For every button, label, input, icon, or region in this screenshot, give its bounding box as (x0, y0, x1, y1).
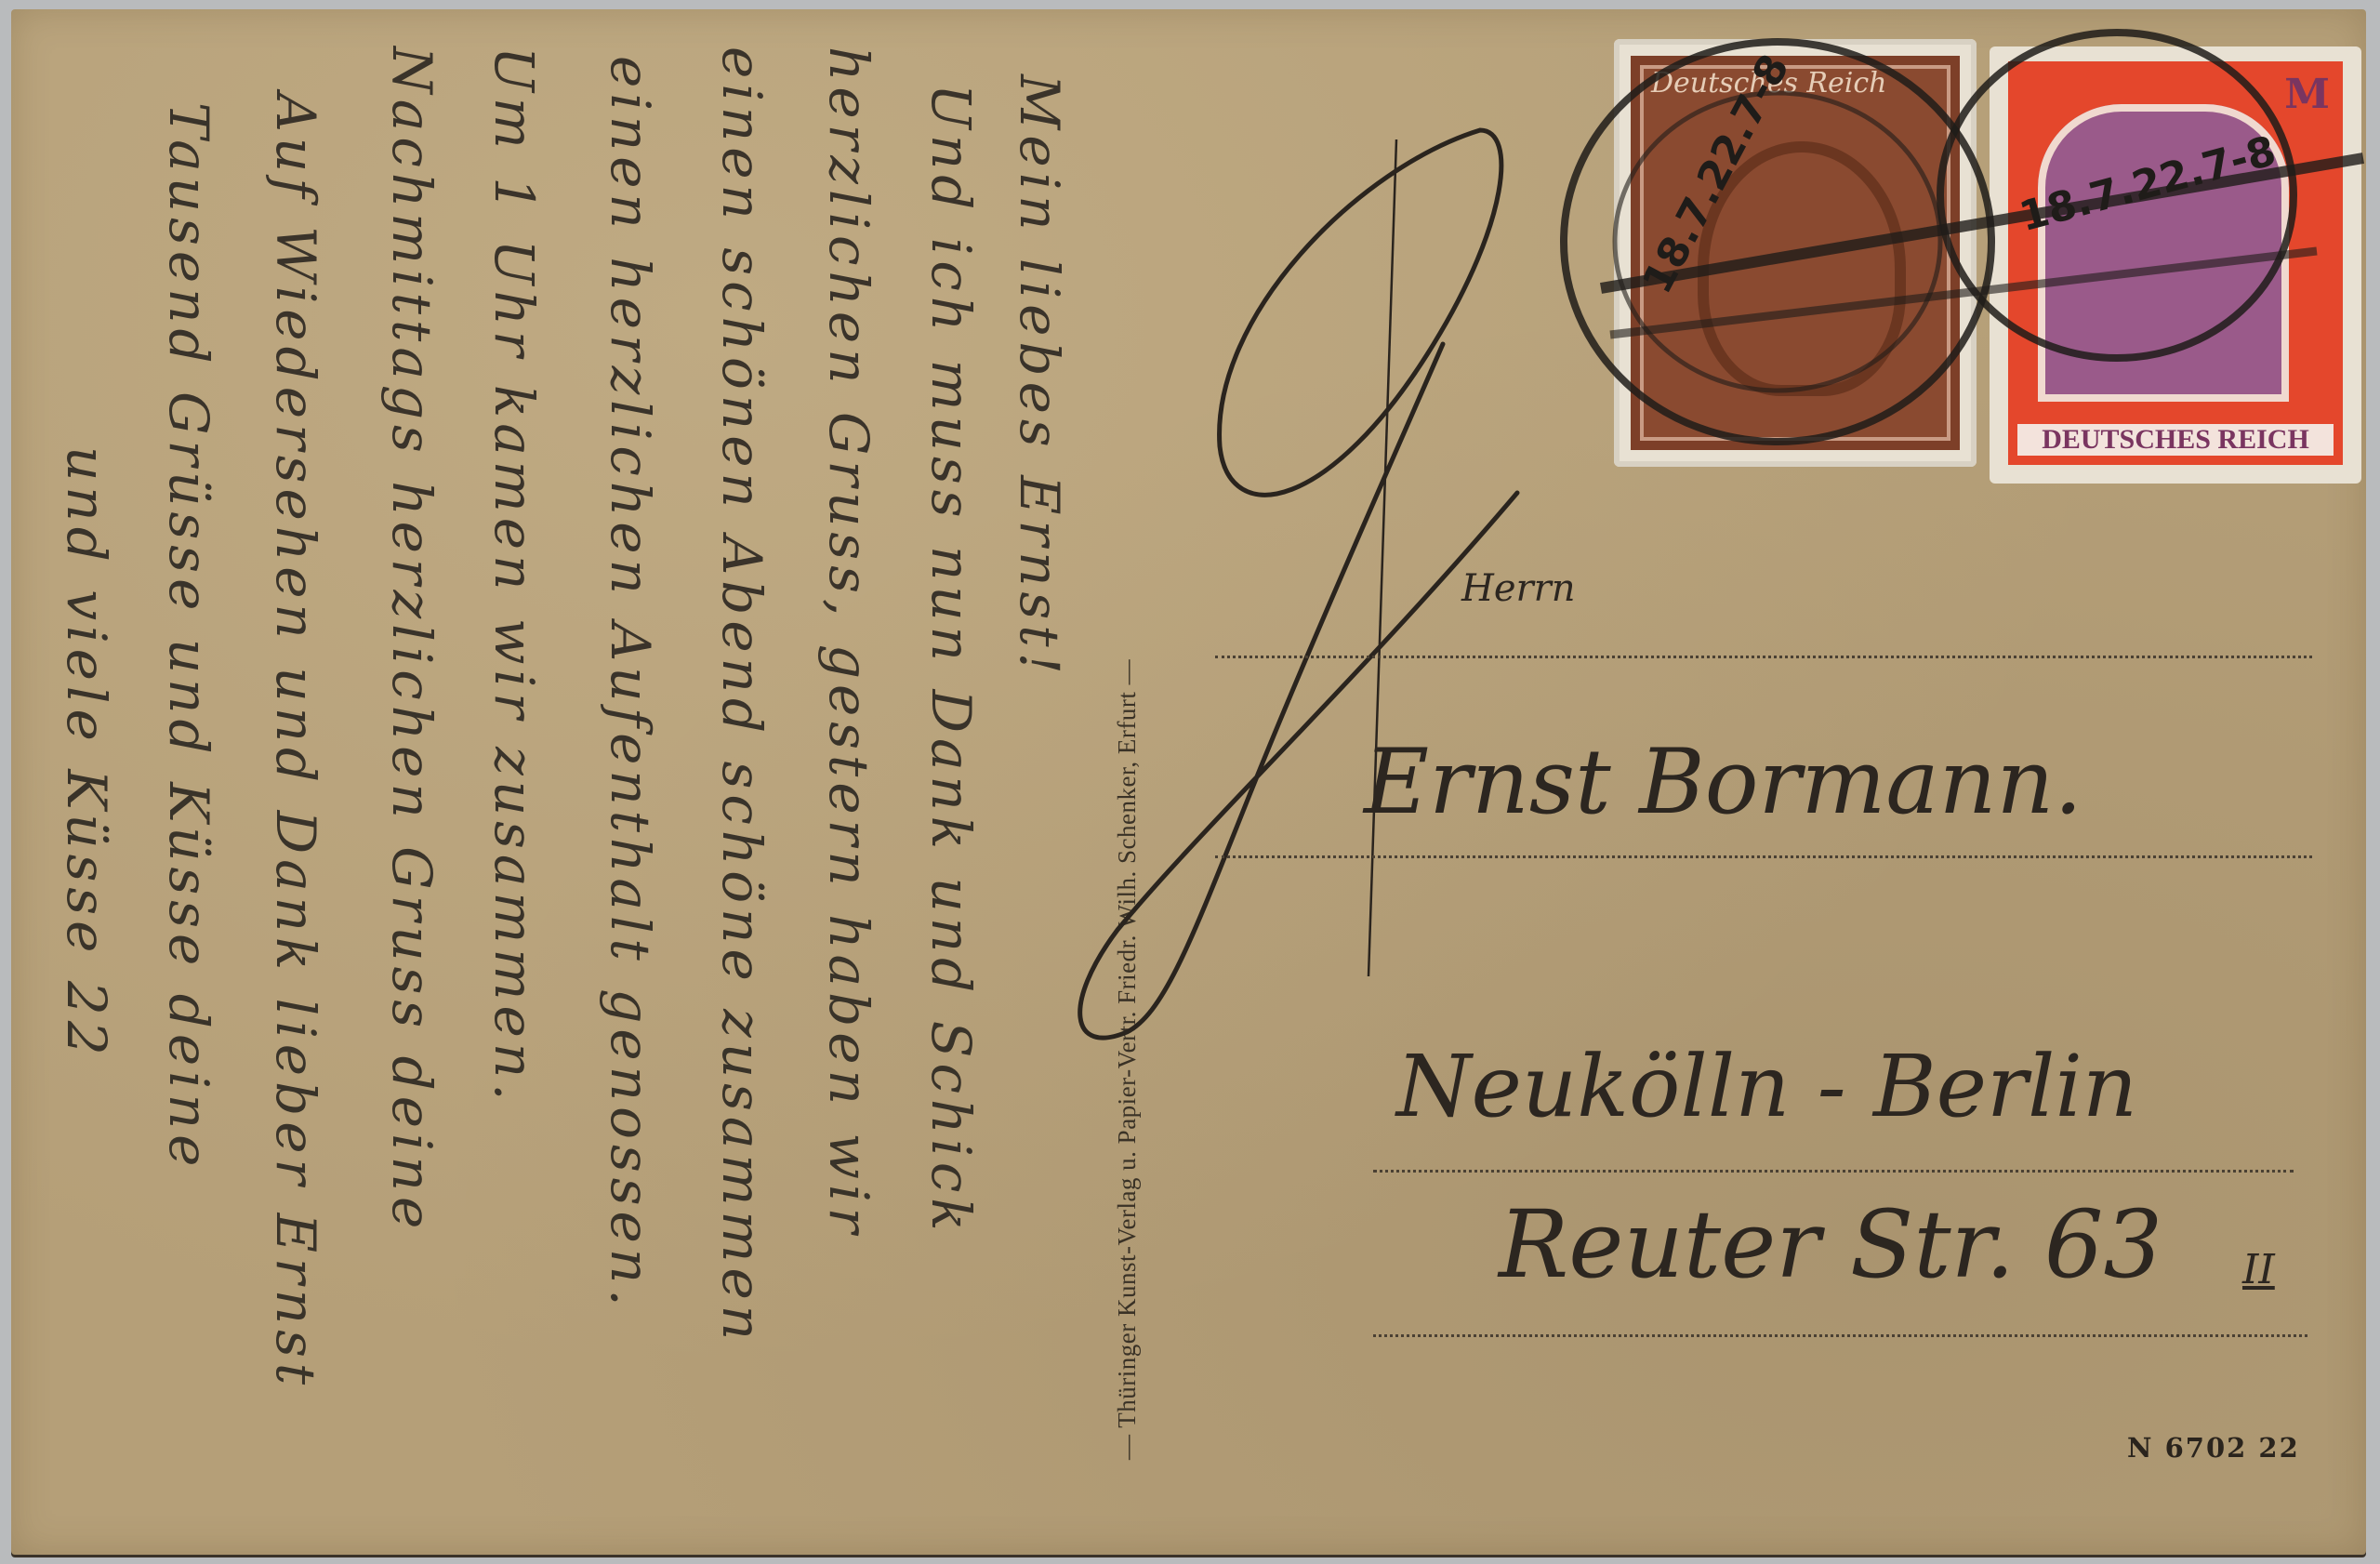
postcard: Mein liebes Ernst! Und ich muss nun Dank… (11, 9, 2366, 1555)
address-salutation: Herrn (1461, 567, 1576, 610)
address-name: Ernst Bormann. (1364, 730, 2082, 834)
address-city: Neukölln - Berlin (1396, 1037, 2137, 1136)
address-rule (1215, 855, 2312, 858)
address-rule (1373, 1170, 2294, 1173)
address-street: Reuter Str. 63 (1499, 1190, 2162, 1299)
address-rule (1373, 1334, 2307, 1337)
catalog-number: N 6702 22 (2127, 1432, 2300, 1464)
address-floor: II (2242, 1246, 2275, 1293)
address-rule (1215, 656, 2312, 658)
